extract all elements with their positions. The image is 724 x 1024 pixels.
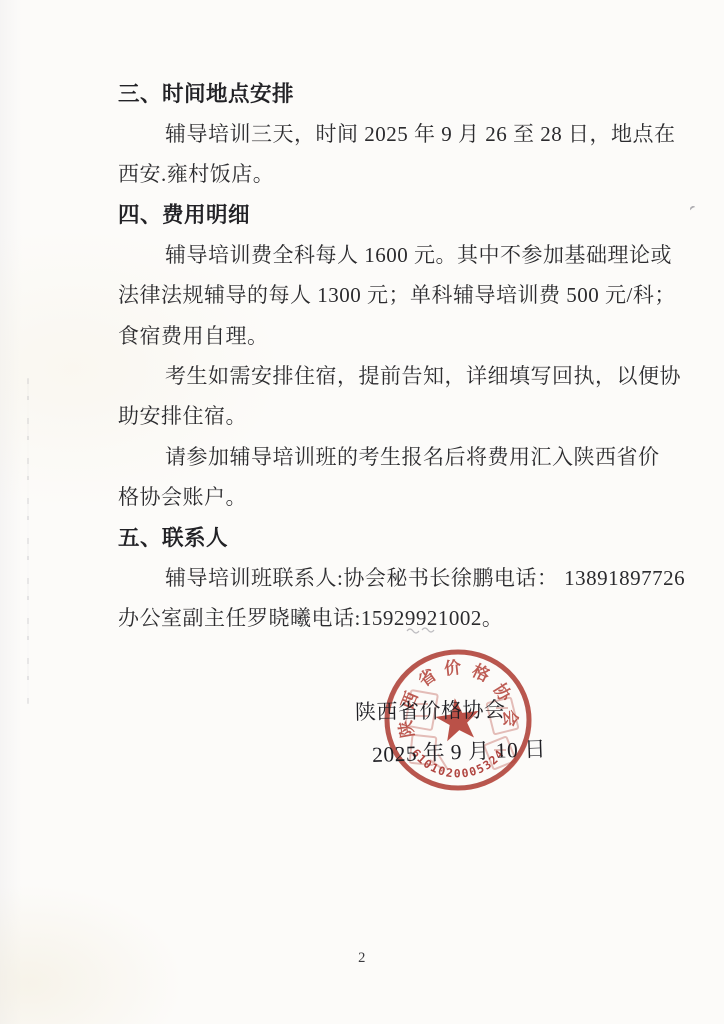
- seal-ring-char: 价: [443, 657, 462, 679]
- document-body: 三、时间地点安排 辅导培训三天，时间 2025 年 9 月 26 至 28 日，…: [118, 72, 602, 637]
- seal-ring-char: 格: [469, 660, 493, 685]
- body-line: 食宿费用自理。: [118, 314, 602, 354]
- body-line: 辅导培训三天，时间 2025 年 9 月 26 至 28 日，地点在: [118, 112, 602, 152]
- body-line: 助安排住宿。: [118, 395, 602, 435]
- body-line: 辅导培训班联系人:协会秘书长徐鹏电话： 13891897726: [118, 557, 602, 597]
- scanned-document-page: { "doc": { "lines": [ "三、时间地点安排", "辅导培训三…: [0, 0, 724, 1024]
- section-heading-3: 三、时间地点安排: [118, 72, 602, 112]
- body-line: 办公室副主任罗晓曦电话:15929921002。: [118, 597, 602, 637]
- section-heading-4: 四、费用明细: [118, 193, 602, 233]
- body-line: 请参加辅导培训班的考生报名后将费用汇入陕西省价: [118, 436, 602, 476]
- scan-crease: [27, 378, 29, 704]
- closing-date: 2025 年 9 月 10 日: [372, 732, 547, 769]
- closing-org-name: 陕西省价格协会: [355, 694, 506, 727]
- body-line: 法律法规辅导的每人 1300 元；单科辅导培训费 500 元/科；: [118, 274, 602, 314]
- body-line: 考生如需安排住宿，提前告知，详细填写回执，以便协: [118, 355, 602, 395]
- body-line: 西安.雍村饭店。: [118, 153, 602, 193]
- section-heading-5: 五、联系人: [118, 516, 602, 556]
- body-line: 辅导培训费全科每人 1600 元。其中不参加基础理论或: [118, 234, 602, 274]
- page-number: 2: [0, 950, 724, 967]
- handwritten-squiggle: [405, 624, 437, 636]
- seal-ring-char: 省: [414, 664, 440, 690]
- body-line: 格协会账户。: [118, 476, 602, 516]
- scan-speck: [689, 205, 697, 213]
